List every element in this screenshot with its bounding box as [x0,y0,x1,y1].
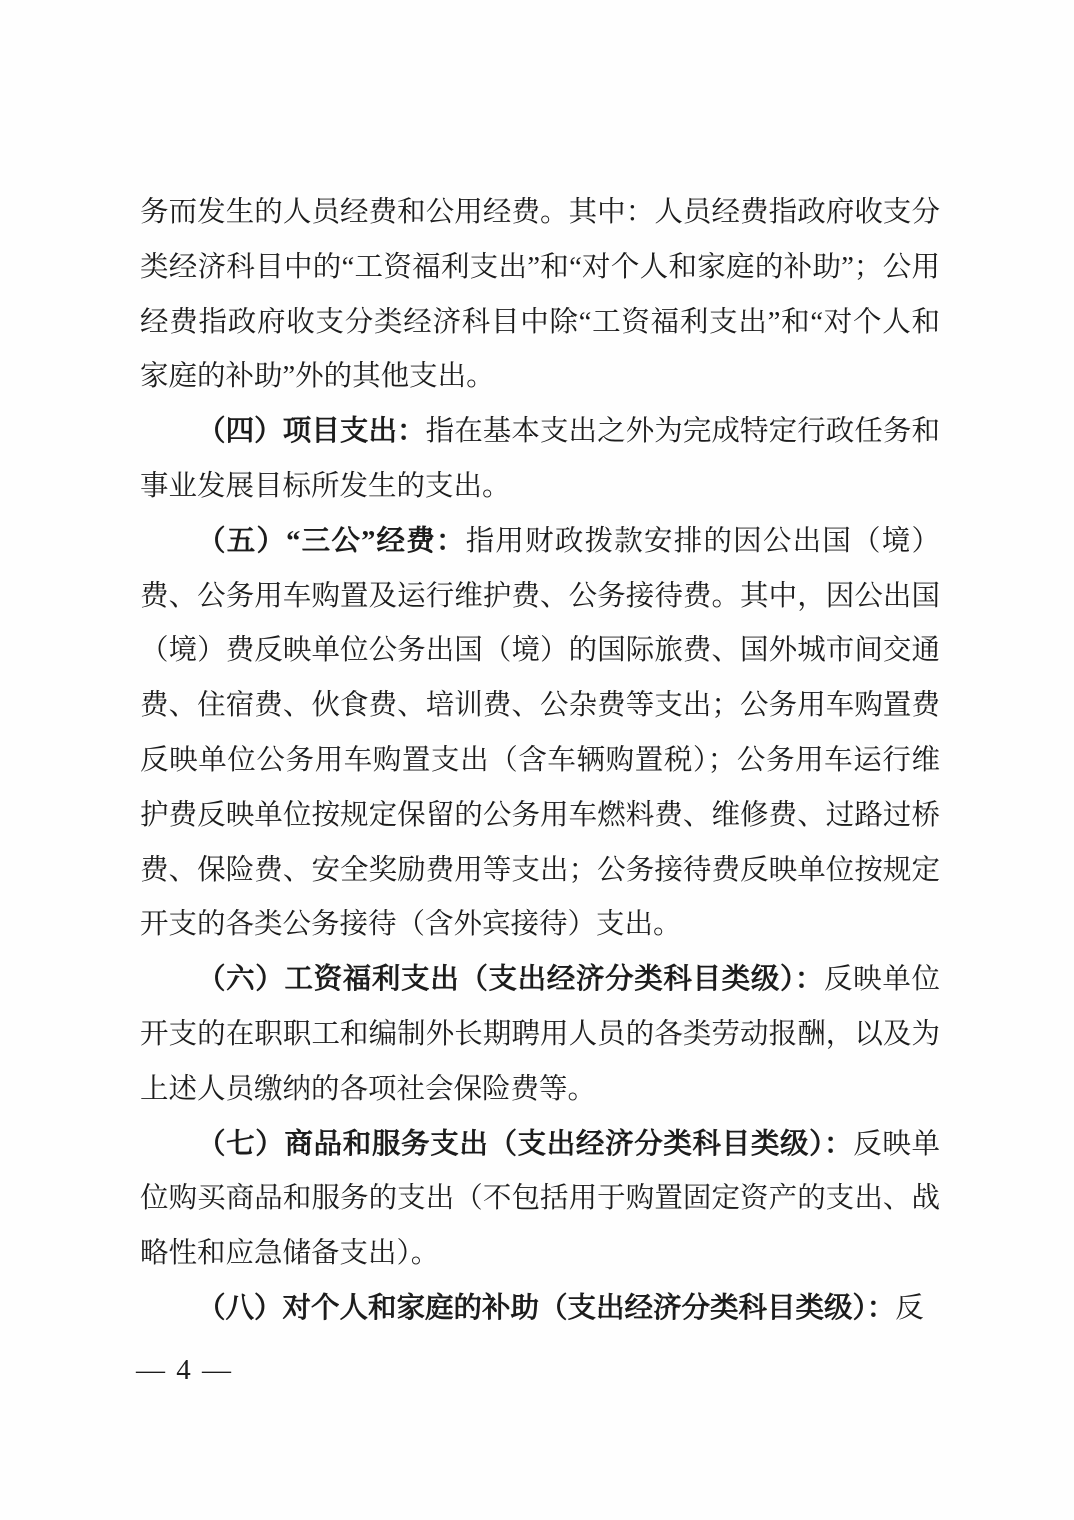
term-lead: （六）工资福利支出（支出经济分类科目类级）： [197,964,824,995]
paragraph-text: 指用财政拨款安排的因公出国（境）费、公务用车购置及运行维护费、公务接待费。其中，… [140,526,940,941]
term-lead: （七）商品和服务支出（支出经济分类科目类级）： [197,1129,853,1160]
paragraph-term-subsidies-individuals-families: （八）对个人和家庭的补助（支出经济分类科目类级）：反 [140,1282,940,1337]
paragraph-term-goods-services-expenditure: （七）商品和服务支出（支出经济分类科目类级）：反映单位购买商品和服务的支出（不包… [140,1118,940,1282]
term-lead: （四）项目支出： [197,416,426,447]
paragraph-term-project-expenditure: （四）项目支出：指在基本支出之外为完成特定行政任务和事业发展目标所发生的支出。 [140,405,940,515]
document-content: 务而发生的人员经费和公用经费。其中：人员经费指政府收支分类经济科目中的“工资福利… [140,186,940,1337]
paragraph-term-three-public-expenses: （五）“三公”经费：指用财政拨款安排的因公出国（境）费、公务用车购置及运行维护费… [140,515,940,953]
paragraph-term-wage-welfare-expenditure: （六）工资福利支出（支出经济分类科目类级）：反映单位开支的在职职工和编制外长期聘… [140,953,940,1117]
document-page: 务而发生的人员经费和公用经费。其中：人员经费指政府收支分类经济科目中的“工资福利… [0,0,1074,1520]
page-number: — 4 — [136,1346,233,1394]
term-lead: （八）对个人和家庭的补助（支出经济分类科目类级）： [197,1293,895,1324]
paragraph-text: 反 [895,1293,924,1324]
term-lead: （五）“三公”经费： [197,526,466,557]
paragraph-text: 务而发生的人员经费和公用经费。其中：人员经费指政府收支分类经济科目中的“工资福利… [140,197,940,392]
paragraph-continuation: 务而发生的人员经费和公用经费。其中：人员经费指政府收支分类经济科目中的“工资福利… [140,186,940,405]
